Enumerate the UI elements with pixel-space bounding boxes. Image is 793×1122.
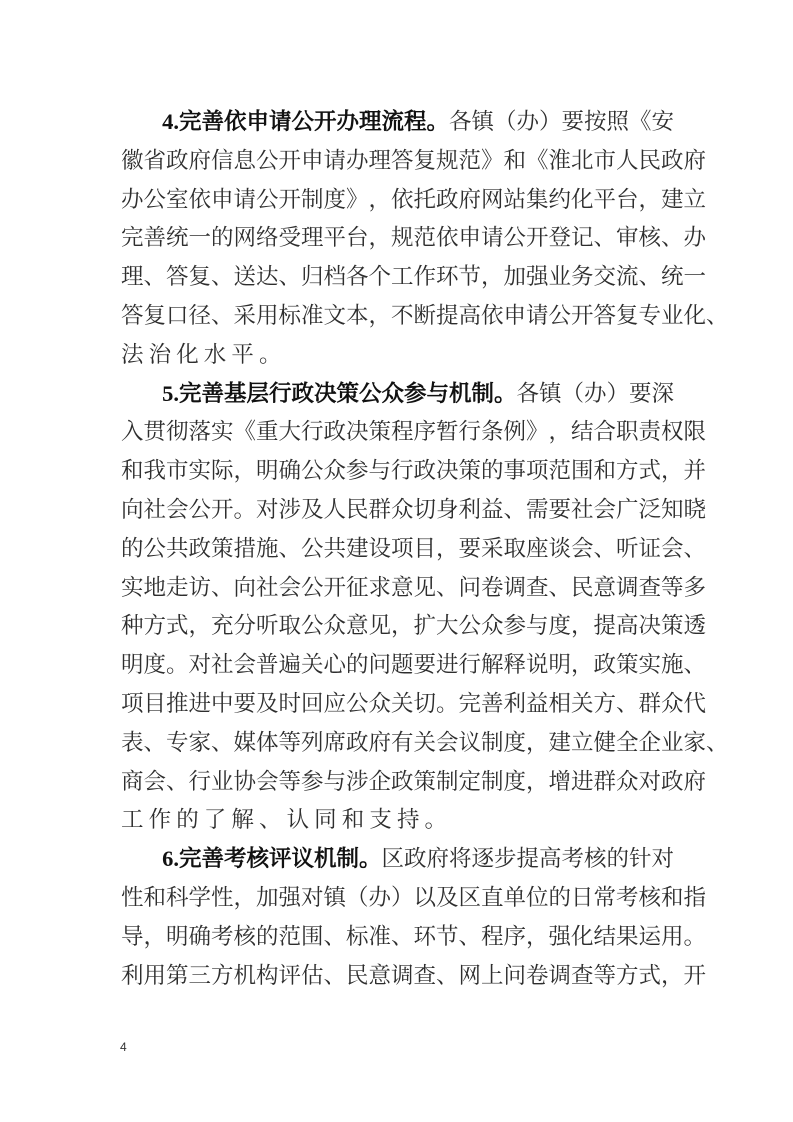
text-char: 业 xyxy=(549,258,572,297)
text-char: 中 xyxy=(211,685,234,724)
text-char: 针 xyxy=(629,840,652,879)
text-char: 事 xyxy=(504,452,527,491)
text-char: 会 xyxy=(436,724,459,763)
section-heading-char: 善 xyxy=(202,103,225,142)
text-char: 并 xyxy=(684,452,707,491)
text-char: 等 xyxy=(594,957,617,996)
text-char: 位 xyxy=(526,879,549,918)
text-char: 提 xyxy=(517,840,540,879)
text-char: 、 xyxy=(549,569,572,608)
text-char: 采 xyxy=(234,297,257,336)
text-char: 卷 xyxy=(481,569,504,608)
text-char: 准 xyxy=(301,297,324,336)
text-char: 会 xyxy=(594,491,617,530)
section-heading-char: 依 xyxy=(224,103,247,142)
text-char: 逐 xyxy=(472,840,495,879)
text-char: 、 xyxy=(391,918,414,957)
text-char: 媒 xyxy=(234,724,257,763)
text-char: 解 xyxy=(481,646,504,685)
text-char: 涉 xyxy=(279,491,302,530)
text-char: 申 xyxy=(211,181,234,220)
text-char: 透 xyxy=(684,607,707,646)
text-char: 立 xyxy=(684,181,707,220)
text-char: 表 xyxy=(121,724,144,763)
text-char: 证 xyxy=(639,530,662,569)
text-char: 项 xyxy=(391,530,414,569)
text-char: 项 xyxy=(526,452,549,491)
text-char: ） xyxy=(539,103,562,142)
text-char: 个 xyxy=(369,258,392,297)
text-char: 同 xyxy=(314,801,337,840)
text-char: 利 xyxy=(121,957,144,996)
text-char: 听 xyxy=(256,607,279,646)
section-heading-char: 机 xyxy=(449,375,472,414)
section-heading-char: 程 xyxy=(404,103,427,142)
text-char: 见 xyxy=(414,569,437,608)
text-char: 家 xyxy=(189,724,212,763)
text-char: 分 xyxy=(234,607,257,646)
text-char: 府 xyxy=(684,763,707,802)
text-char: 结 xyxy=(571,413,594,452)
section-heading-char: 行 xyxy=(269,375,292,414)
text-char: 意 xyxy=(369,957,392,996)
text-char: 目 xyxy=(414,530,437,569)
section-heading-line: 4.完善依申请公开办理流程。各镇（办）要按照《安 xyxy=(121,103,674,142)
text-char: 请 xyxy=(234,181,257,220)
text-char: 众 xyxy=(391,491,414,530)
text-char: 范 xyxy=(279,918,302,957)
text-char: 开 xyxy=(279,181,302,220)
text-char: 施 xyxy=(256,530,279,569)
text-char: 办 xyxy=(369,879,392,918)
text-char: 科 xyxy=(166,879,189,918)
text-char: 策 xyxy=(459,452,482,491)
text-char: 、 xyxy=(616,685,639,724)
text-char: 群 xyxy=(639,685,662,724)
text-char: 开 xyxy=(684,957,707,996)
text-char: 要 xyxy=(562,103,585,142)
text-char: 标 xyxy=(346,918,369,957)
text-char: 运 xyxy=(639,918,662,957)
text-char: 平 xyxy=(324,219,347,258)
text-char: ， xyxy=(369,181,392,220)
text-char: 各 xyxy=(449,103,472,142)
text-char: 健 xyxy=(594,724,617,763)
text-char: 的 xyxy=(607,840,630,879)
text-char: 座 xyxy=(526,530,549,569)
text-char: 行 xyxy=(189,763,212,802)
text-char: 政 xyxy=(346,724,369,763)
text-char: 开 xyxy=(571,297,594,336)
text-char: 要 xyxy=(234,685,257,724)
text-char: 导 xyxy=(121,918,144,957)
text-char: 参 xyxy=(301,763,324,802)
text-char: 建 xyxy=(661,181,684,220)
text-char: ， xyxy=(436,530,459,569)
text-char: 准 xyxy=(369,918,392,957)
text-char: 确 xyxy=(189,918,212,957)
paragraph-line: 实地走访、向社会公开征求意见、问卷调查、民意调查等多 xyxy=(121,569,674,608)
text-char: 、 xyxy=(661,219,684,258)
text-char: 重 xyxy=(256,413,279,452)
text-char: 办 xyxy=(584,375,607,414)
text-char: 项 xyxy=(121,685,144,724)
text-char: 断 xyxy=(414,297,437,336)
text-char: 知 xyxy=(661,491,684,530)
text-char: 支 xyxy=(369,801,392,840)
text-char: 平 xyxy=(594,181,617,220)
text-char: 安 xyxy=(652,103,675,142)
text-char: 室 xyxy=(166,181,189,220)
text-char: 会 xyxy=(571,530,594,569)
text-char: 作 xyxy=(149,801,172,840)
text-char: 。 xyxy=(166,646,189,685)
text-char: 业 xyxy=(661,297,684,336)
text-char: 晓 xyxy=(684,491,707,530)
text-char: 众 xyxy=(324,607,347,646)
text-char: 标 xyxy=(279,297,302,336)
text-char: 释 xyxy=(504,646,527,685)
text-char: 以 xyxy=(414,879,437,918)
text-char: 理 xyxy=(301,219,324,258)
text-char: 站 xyxy=(504,181,527,220)
text-char: 扩 xyxy=(414,607,437,646)
section-number: 6. xyxy=(162,840,179,879)
text-char: 程 xyxy=(391,413,414,452)
text-char: （ xyxy=(346,879,369,918)
text-char: 、 xyxy=(324,918,347,957)
text-char: 的 xyxy=(176,801,199,840)
text-char: 集 xyxy=(526,181,549,220)
text-char: 实 xyxy=(189,452,212,491)
text-char: 镇 xyxy=(472,103,495,142)
text-char: 目 xyxy=(144,685,167,724)
text-char: 办 xyxy=(684,219,707,258)
section-heading-char: 制 xyxy=(472,375,495,414)
text-char: 核 xyxy=(639,879,662,918)
text-char: 议 xyxy=(459,724,482,763)
text-char: 答 xyxy=(166,258,189,297)
text-char: 式 xyxy=(639,452,662,491)
text-char: 络 xyxy=(256,219,279,258)
text-char: （ xyxy=(494,103,517,142)
text-char: 式 xyxy=(639,957,662,996)
text-char: 办 xyxy=(517,103,540,142)
text-char: 与 xyxy=(324,763,347,802)
text-char: 暂 xyxy=(436,413,459,452)
text-char: 施 xyxy=(661,646,684,685)
text-char: 。 xyxy=(436,685,459,724)
text-char: 节 xyxy=(436,918,459,957)
text-char: 对 xyxy=(189,646,212,685)
text-char: ） xyxy=(607,375,630,414)
page-number: 4 xyxy=(120,1040,127,1054)
section-heading-char: 决 xyxy=(314,375,337,414)
text-char: 制 xyxy=(481,724,504,763)
section-number: 5. xyxy=(162,375,179,414)
text-char: 政 xyxy=(166,142,189,181)
text-char: 答 xyxy=(391,142,414,181)
text-char: 关 xyxy=(301,646,324,685)
text-char: 会 xyxy=(144,763,167,802)
section-heading-char: 请 xyxy=(269,103,292,142)
text-char: 统 xyxy=(166,219,189,258)
text-char: 彻 xyxy=(166,413,189,452)
text-char: 及 xyxy=(436,879,459,918)
text-char: 用 xyxy=(144,957,167,996)
text-char: 申 xyxy=(459,219,482,258)
section-heading-char: 策 xyxy=(337,375,360,414)
text-char: 明 xyxy=(256,452,279,491)
text-char: 、 xyxy=(594,530,617,569)
section-heading-char: 。 xyxy=(359,840,382,879)
text-char: 结 xyxy=(594,918,617,957)
paragraph-line: 答复口径、采用标准文本，不断提高依申请公开答复专业化、 xyxy=(121,297,674,336)
text-char: 、 xyxy=(166,763,189,802)
paragraph-line: 工作的了解、认同和支持。 xyxy=(121,801,674,840)
text-char: 提 xyxy=(436,297,459,336)
text-char: 办 xyxy=(121,181,144,220)
text-char: 深 xyxy=(652,375,675,414)
text-char: 化 xyxy=(571,918,594,957)
text-char: 卷 xyxy=(526,957,549,996)
text-char: 请 xyxy=(324,142,347,181)
text-char: 镇 xyxy=(324,879,347,918)
text-char: 务 xyxy=(571,258,594,297)
text-char: 统 xyxy=(661,258,684,297)
section-heading-char: 核 xyxy=(247,840,270,879)
text-char: 和 xyxy=(661,879,684,918)
text-char: 请 xyxy=(526,297,549,336)
text-char: 、 xyxy=(639,258,662,297)
text-char: 政 xyxy=(594,646,617,685)
text-char: 区 xyxy=(459,879,482,918)
text-char: 市 xyxy=(594,142,617,181)
text-char: 解 xyxy=(231,801,254,840)
section-heading-char: 完 xyxy=(179,840,202,879)
text-char: 息 xyxy=(234,142,257,181)
section-heading-line: 6.完善考核评议机制。区政府将逐步提高考核的针对 xyxy=(121,840,674,879)
text-char: 益 xyxy=(526,685,549,724)
text-char: 应 xyxy=(324,685,347,724)
section-heading-char: 办 xyxy=(337,103,360,142)
section-heading-char: 基 xyxy=(224,375,247,414)
text-char: 查 xyxy=(571,957,594,996)
text-char: 定 xyxy=(459,763,482,802)
text-char: 等 xyxy=(279,763,302,802)
text-char: 全 xyxy=(616,724,639,763)
text-char: 会 xyxy=(661,530,684,569)
text-char: 工 xyxy=(391,258,414,297)
text-char: 责 xyxy=(639,413,662,452)
text-char: 查 xyxy=(526,569,549,608)
text-char: 府 xyxy=(684,142,707,181)
text-char: 度 xyxy=(144,646,167,685)
text-char: 职 xyxy=(616,413,639,452)
text-char: 众 xyxy=(616,763,639,802)
text-char: ， xyxy=(571,607,594,646)
text-char: 入 xyxy=(121,413,144,452)
text-char: 意 xyxy=(594,569,617,608)
text-char: 复 xyxy=(616,297,639,336)
text-char: 作 xyxy=(414,258,437,297)
text-char: 核 xyxy=(639,219,662,258)
text-char: 公 xyxy=(346,685,369,724)
text-char: 行 xyxy=(459,646,482,685)
text-char: 机 xyxy=(234,957,257,996)
text-char: 采 xyxy=(481,530,504,569)
text-char: 建 xyxy=(346,530,369,569)
text-char: 我 xyxy=(144,452,167,491)
text-char: 本 xyxy=(346,297,369,336)
text-char: 例 xyxy=(504,413,527,452)
text-char: 徽 xyxy=(121,142,144,181)
section-heading-char: 议 xyxy=(292,840,315,879)
text-char: 公 xyxy=(256,181,279,220)
text-char: 企 xyxy=(639,724,662,763)
text-char: 会 xyxy=(234,646,257,685)
text-char: 措 xyxy=(234,530,257,569)
text-char: 共 xyxy=(166,530,189,569)
text-char: 征 xyxy=(346,569,369,608)
text-char: 决 xyxy=(346,413,369,452)
text-char: 、 xyxy=(211,297,234,336)
text-char: 设 xyxy=(369,530,392,569)
text-char: 家 xyxy=(684,724,707,763)
text-char: 落 xyxy=(189,413,212,452)
text-char: 对 xyxy=(256,491,279,530)
text-char: 充 xyxy=(211,607,234,646)
text-char: 水 xyxy=(204,336,227,375)
text-char: 核 xyxy=(234,918,257,957)
text-char: 政 xyxy=(661,763,684,802)
text-char: 》 xyxy=(346,181,369,220)
text-char: 区 xyxy=(382,840,405,879)
paragraph-line: 和我市实际，明确公众参与行政决策的事项范围和方式，并 xyxy=(121,452,674,491)
text-char: 确 xyxy=(279,452,302,491)
text-char: 策 xyxy=(211,530,234,569)
text-char: 民 xyxy=(571,569,594,608)
text-char: 开 xyxy=(526,219,549,258)
section-heading-char: 制 xyxy=(337,840,360,879)
text-char: 环 xyxy=(414,918,437,957)
text-char: 方 xyxy=(616,452,639,491)
text-char: 参 xyxy=(504,607,527,646)
text-char: 治 xyxy=(149,336,172,375)
text-char: 提 xyxy=(594,607,617,646)
text-char: 、 xyxy=(211,724,234,763)
text-char: 普 xyxy=(256,646,279,685)
text-char: 对 xyxy=(652,840,675,879)
paragraph-line: 向社会公开。对涉及人民群众切身利益、需要社会广泛知晓 xyxy=(121,491,674,530)
text-char: 用 xyxy=(661,918,684,957)
text-char: 进 xyxy=(571,763,594,802)
text-char: 代 xyxy=(684,685,707,724)
text-char: 范 xyxy=(459,142,482,181)
text-char: 的 xyxy=(256,918,279,957)
paragraph-line: 性和科学性，加强对镇（办）以及区直单位的日常考核和指 xyxy=(121,879,674,918)
section-heading-line: 5.完善基层行政决策公众参与机制。各镇（办）要深 xyxy=(121,375,674,414)
text-char: 将 xyxy=(449,840,472,879)
text-char: 会 xyxy=(166,491,189,530)
text-char: 北 xyxy=(571,142,594,181)
text-char: 、 xyxy=(684,646,707,685)
text-char: ， xyxy=(189,607,212,646)
text-char: 明 xyxy=(549,646,572,685)
text-char: 照 xyxy=(607,103,630,142)
paragraph-line: 明度。对社会普遍关心的问题要进行解释说明，政策实施、 xyxy=(121,646,674,685)
text-char: 大 xyxy=(436,607,459,646)
text-char: 常 xyxy=(594,879,617,918)
text-char: 关 xyxy=(414,724,437,763)
text-char: ， xyxy=(234,452,257,491)
text-char: 约 xyxy=(549,181,572,220)
text-char: 众 xyxy=(369,685,392,724)
text-char: ， xyxy=(144,918,167,957)
text-char: 泛 xyxy=(639,491,662,530)
section-heading-char: 政 xyxy=(292,375,315,414)
text-char: 规 xyxy=(436,142,459,181)
text-char: ， xyxy=(369,297,392,336)
text-char: 了 xyxy=(204,801,227,840)
text-char: 估 xyxy=(301,957,324,996)
section-heading-char: 考 xyxy=(224,840,247,879)
text-char: 行 xyxy=(391,452,414,491)
text-char: 公 xyxy=(549,297,572,336)
text-char: ， xyxy=(369,219,392,258)
text-char: 、 xyxy=(324,957,347,996)
text-char: 范 xyxy=(414,219,437,258)
text-char: 涉 xyxy=(346,763,369,802)
text-char: 复 xyxy=(189,258,212,297)
text-char: 和 xyxy=(504,142,527,181)
text-char: 化 xyxy=(684,297,707,336)
section-heading-char: 层 xyxy=(247,375,270,414)
text-char: 度 xyxy=(504,724,527,763)
section-heading-char: 理 xyxy=(359,103,382,142)
text-char: 身 xyxy=(436,491,459,530)
text-char: 开 xyxy=(211,491,234,530)
text-char: 度 xyxy=(324,181,347,220)
text-char: 方 xyxy=(594,685,617,724)
text-char: 要 xyxy=(629,375,652,414)
section-heading-char: 。 xyxy=(494,375,517,414)
text-char: 公 xyxy=(144,181,167,220)
text-char: 策 xyxy=(616,646,639,685)
text-char: 公 xyxy=(301,569,324,608)
text-char: 切 xyxy=(414,491,437,530)
text-char: 社 xyxy=(144,491,167,530)
section-number: 4. xyxy=(162,103,179,142)
text-char: 理 xyxy=(369,142,392,181)
text-char: 会 xyxy=(256,763,279,802)
section-heading-char: 申 xyxy=(247,103,270,142)
text-char: 化 xyxy=(176,336,199,375)
text-char: 强 xyxy=(549,918,572,957)
text-char: 环 xyxy=(436,258,459,297)
text-char: 流 xyxy=(616,258,639,297)
text-char: 一 xyxy=(684,258,707,297)
text-char: 共 xyxy=(324,530,347,569)
paragraph-line: 利用第三方机构评估、民意调查、网上问卷调查等方式，开 xyxy=(121,957,674,996)
paragraph-line: 入贯彻落实《重大行政决策程序暂行条例》，结合职责权限 xyxy=(121,413,674,452)
text-char: 考 xyxy=(211,918,234,957)
text-char: 镇 xyxy=(539,375,562,414)
text-char: ， xyxy=(526,763,549,802)
text-char: 决 xyxy=(639,607,662,646)
text-char: 直 xyxy=(481,879,504,918)
text-char: 办 xyxy=(346,142,369,181)
